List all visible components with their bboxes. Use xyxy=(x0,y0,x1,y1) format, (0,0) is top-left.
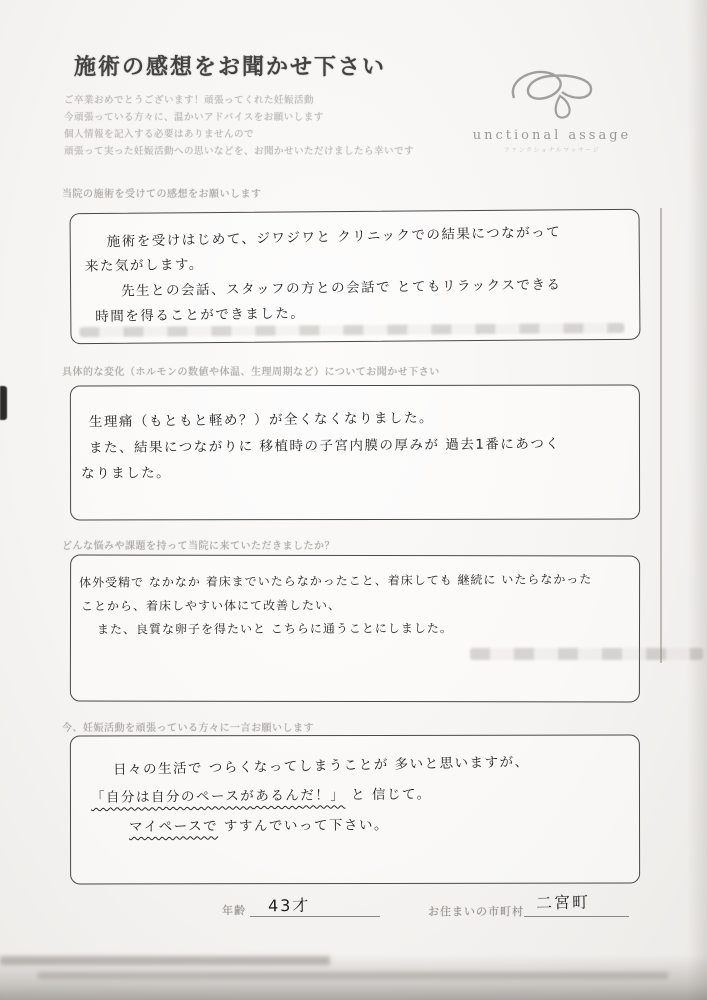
section-header-concerns: どんな悩みや課題を持って当院に来ていただきましたか？ xyxy=(62,537,335,552)
handwritten-line: 施術を受けはじめて、ジワジワと クリニックでの結果につながって xyxy=(107,220,562,250)
section-header-changes: 具体的な変化（ホルモンの数値や体温、生理周期など）についてお聞かせ下さい xyxy=(62,363,440,378)
answer-box-changes: 生理痛（もともと軽め？）が全くなくなりました。 また、結果につながりに 移植時の… xyxy=(70,385,640,521)
ribbon-loop-icon xyxy=(452,62,652,126)
intro-line: 個人情報を記入する必要はありませんので xyxy=(64,126,414,143)
handwritten-line: 体外受精で なかなか 着床までいたらなかったこと、着床しても 継続に いたらなか… xyxy=(79,570,592,591)
intro-line: ご卒業おめでとうございます！頑張ってくれた妊娠活動 xyxy=(64,92,414,109)
intro-line: 頑張って実った妊娠活動への思いなどを、お聞かせいただけましたら幸いです xyxy=(64,143,414,160)
handwritten-line: ことから、着床しやすい体にて改善したい、 xyxy=(81,596,341,614)
scanned-feedback-form: 施術の感想をお聞かせ下さい ご卒業おめでとうございます！頑張ってくれた妊娠活動 … xyxy=(0,0,707,1000)
scan-smudge xyxy=(470,648,703,660)
logo-wordmark: unctional assage xyxy=(452,128,652,143)
handwritten-line: なりました。 xyxy=(81,461,171,482)
scan-right-shadow xyxy=(687,0,707,1000)
age-value: 43才 xyxy=(268,893,311,917)
handwritten-wavy-phrase: マイペースで xyxy=(129,818,218,835)
handwritten-line: また、結果につながりに 移植時の子宮内膜の厚みが 過去1番にあつく xyxy=(89,432,561,456)
handwritten-line: また、良質な卵子を得たいと こちらに通うことにしました。 xyxy=(97,619,453,637)
page-title: 施術の感想をお聞かせ下さい xyxy=(74,50,386,81)
handwritten-line: 来た気がします。 xyxy=(85,253,204,275)
scan-smudge xyxy=(79,323,624,337)
age-label: 年齢 xyxy=(222,902,246,918)
handwritten-wavy-phrase: 「自分は自分のペースがあるんだ！」 xyxy=(91,787,345,806)
scan-bottom-shadow xyxy=(0,954,707,1000)
scan-edge-mark xyxy=(0,386,7,420)
answer-box-impressions: 施術を受けはじめて、ジワジワと クリニックでの結果につながって 来た気がします。… xyxy=(69,209,640,344)
intro-text: ご卒業おめでとうございます！頑張ってくれた妊娠活動 今頑張っている方々に、温かい… xyxy=(64,92,414,160)
handwritten-line: 時間を得ることができました。 xyxy=(95,301,305,324)
handwritten-text: すすんでいって下さい。 xyxy=(224,817,389,834)
handwritten-line: 日々の生活で つらくなってしまうことが 多いと思いますが、 xyxy=(113,750,530,778)
logo-tagline: ファンクショナルマッサージ xyxy=(452,145,652,154)
scan-vertical-line xyxy=(660,208,662,663)
answer-box-message: 日々の生活で つらくなってしまうことが 多いと思いますが、 「自分は自分のペース… xyxy=(70,735,640,885)
handwritten-line: 生理痛（もともと軽め？）が全くなくなりました。 xyxy=(89,406,434,430)
handwritten-text: と 信じて。 xyxy=(351,786,432,803)
handwritten-line: マイペースで すすんでいって下さい。 xyxy=(129,813,389,835)
section-header-message: 今、妊娠活動を頑張っている方々に一言お願いします xyxy=(62,719,314,734)
section-header-impressions: 当院の施術を受けての感想をお願いします xyxy=(62,185,262,200)
clinic-logo: unctional assage ファンクショナルマッサージ xyxy=(452,62,652,154)
handwritten-line: 先生との会話、スタッフの方との会話で とてもリラックスできる xyxy=(121,273,562,300)
answer-box-concerns: 体外受精で なかなか 着床までいたらなかったこと、着床しても 継続に いたらなか… xyxy=(70,555,640,703)
city-label: お住まいの市町村 xyxy=(428,903,524,919)
handwritten-line: 「自分は自分のペースがあるんだ！」 と 信じて。 xyxy=(91,782,432,806)
intro-line: 今頑張っている方々に、温かいアドバイスをお願いします xyxy=(64,109,414,126)
city-value: 二宮町 xyxy=(536,890,590,914)
